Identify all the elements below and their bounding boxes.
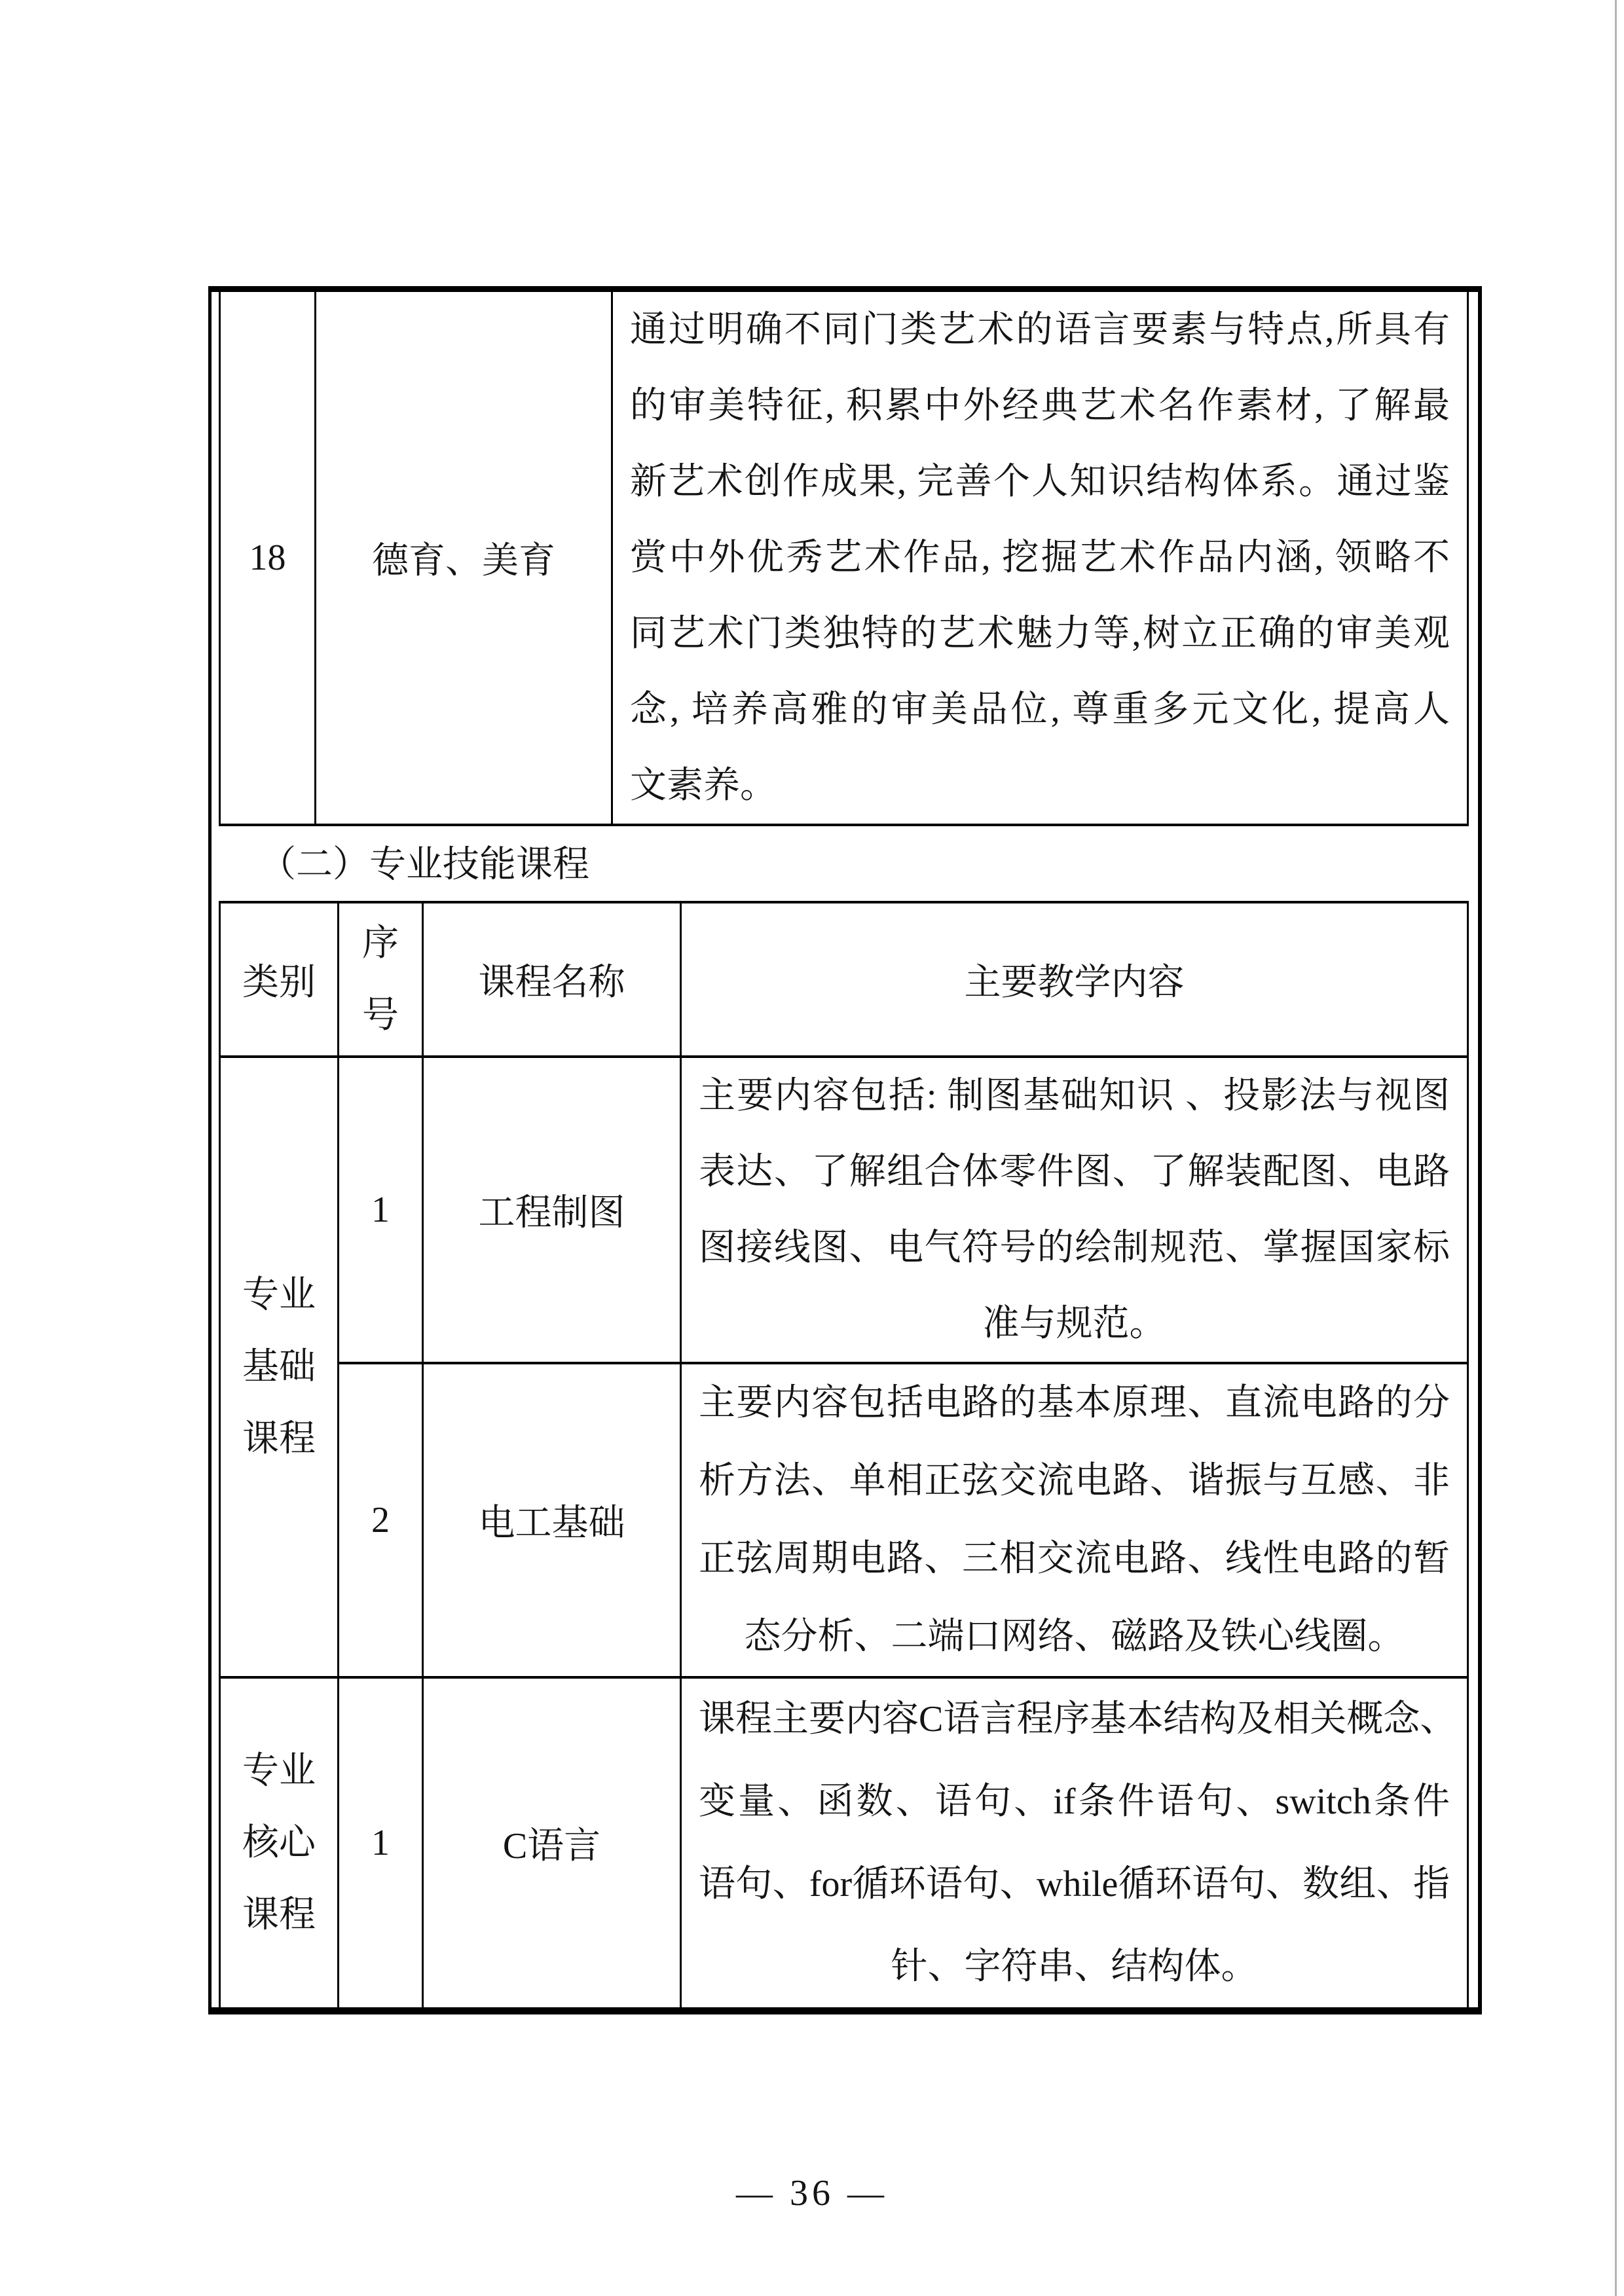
content-text-line: 变量、函数、语句、if条件语句、switch条件 [699, 1760, 1450, 1843]
table2-row2-course: 电工基础 [424, 1364, 680, 1676]
content-text-line: 课程主要内容C语言程序基本结构及相关概念、 [699, 1678, 1450, 1760]
category-basic-line-1: 专业 [242, 1259, 316, 1331]
table1-course-value: 德育、美育 [372, 532, 555, 584]
table2-header-seq: 序 号 [339, 903, 422, 1055]
category-basic-line-2: 基础 [242, 1331, 316, 1403]
table2-header-category: 类别 [221, 903, 337, 1055]
row3-course-value: C语言 [503, 1817, 600, 1869]
category-basic-line-3: 课程 [242, 1403, 316, 1475]
table1-bottom-line [219, 824, 1469, 826]
table2-row1-course: 工程制图 [424, 1058, 680, 1362]
content-text-line: 语句、for循环语句、while循环语句、数组、指 [699, 1843, 1450, 1925]
page-number: — 36 — [0, 2172, 1624, 2214]
section-heading: （二）专业技能课程 [259, 845, 589, 885]
category-core-line-3: 课程 [242, 1879, 316, 1951]
row3-seq-value: 1 [371, 1822, 390, 1864]
scan-edge-line [1615, 0, 1617, 2296]
content-text-line: 针、字符串、结构体。 [699, 1925, 1450, 2008]
content-text-line: 文素养。 [630, 748, 1450, 824]
scanned-document-page: { "page": { "number_label": "— 36 —" }, … [0, 0, 1624, 2296]
category-cell-basic: 专业 基础 课程 [221, 1058, 337, 1676]
frame-left-border [208, 286, 212, 2014]
row1-course-value: 工程制图 [479, 1184, 625, 1236]
content-text-line: 析方法、单相正弦交流电路、谐振与互感、非 [699, 1442, 1450, 1520]
table1-right-line [1467, 292, 1469, 825]
content-text-line: 赏中外优秀艺术作品, 挖掘艺术作品内涵, 领略不 [630, 520, 1450, 596]
header-category-label: 类别 [242, 953, 316, 1006]
content-text-line: 的审美特征, 积累中外经典艺术名作素材, 了解最 [630, 368, 1450, 444]
row1-seq-value: 1 [371, 1189, 390, 1231]
table2-header-content: 主要教学内容 [682, 903, 1467, 1055]
category-core-line-1: 专业 [242, 1735, 316, 1807]
category-cell-core: 专业 核心 课程 [221, 1679, 337, 2007]
content-text-line: 准与规范。 [699, 1286, 1450, 1362]
row2-seq-value: 2 [371, 1499, 390, 1541]
table2-row3-content: 课程主要内容C语言程序基本结构及相关概念、变量、函数、语句、if条件语句、swi… [682, 1679, 1467, 2007]
table1-seq-value: 18 [249, 537, 286, 579]
table2-right-line [1467, 901, 1469, 2007]
table2-row1-seq: 1 [339, 1058, 422, 1362]
header-content-label: 主要教学内容 [965, 953, 1185, 1006]
content-text-line: 表达、了解组合体零件图、了解装配图、电路 [699, 1134, 1450, 1210]
content-text-line: 主要内容包括电路的基本原理、直流电路的分 [699, 1364, 1450, 1442]
table1-course-cell: 德育、美育 [316, 292, 611, 824]
header-seq-line-1: 序 [362, 907, 399, 979]
table1-content-cell: 通过明确不同门类艺术的语言要素与特点,所具有的审美特征, 积累中外经典艺术名作素… [613, 292, 1467, 824]
table2-row2-seq: 2 [339, 1364, 422, 1676]
content-text-line: 同艺术门类独特的艺术魅力等,树立正确的审美观 [630, 596, 1450, 672]
content-text-line: 主要内容包括: 制图基础知识 、投影法与视图 [699, 1058, 1450, 1134]
content-text-line: 通过明确不同门类艺术的语言要素与特点,所具有 [630, 292, 1450, 368]
content-text-line: 图接线图、电气符号的绘制规范、掌握国家标 [699, 1210, 1450, 1286]
table2-row3-seq: 1 [339, 1679, 422, 2007]
table2-header-course: 课程名称 [424, 903, 680, 1055]
category-core-line-2: 核心 [242, 1807, 316, 1879]
frame-top-border [208, 286, 1482, 292]
frame-bottom-border [208, 2007, 1482, 2014]
table2-row3-course: C语言 [424, 1679, 680, 2007]
content-text-line: 态分析、二端口网络、磁路及铁心线圈。 [699, 1598, 1450, 1676]
content-text-line: 新艺术创作成果, 完善个人知识结构体系。通过鉴 [630, 444, 1450, 520]
table2-row1-content: 主要内容包括: 制图基础知识 、投影法与视图表达、了解组合体零件图、了解装配图、… [682, 1058, 1467, 1362]
table1-seq-cell: 18 [221, 292, 314, 824]
content-text-line: 念, 培养高雅的审美品位, 尊重多元文化, 提高人 [630, 672, 1450, 748]
row2-course-value: 电工基础 [479, 1494, 625, 1546]
frame-right-border [1478, 286, 1482, 2014]
content-text-line: 正弦周期电路、三相交流电路、线性电路的暂 [699, 1520, 1450, 1598]
table2-row2-content: 主要内容包括电路的基本原理、直流电路的分析方法、单相正弦交流电路、谐振与互感、非… [682, 1364, 1467, 1676]
header-seq-line-2: 号 [362, 979, 399, 1051]
header-course-label: 课程名称 [479, 953, 625, 1006]
